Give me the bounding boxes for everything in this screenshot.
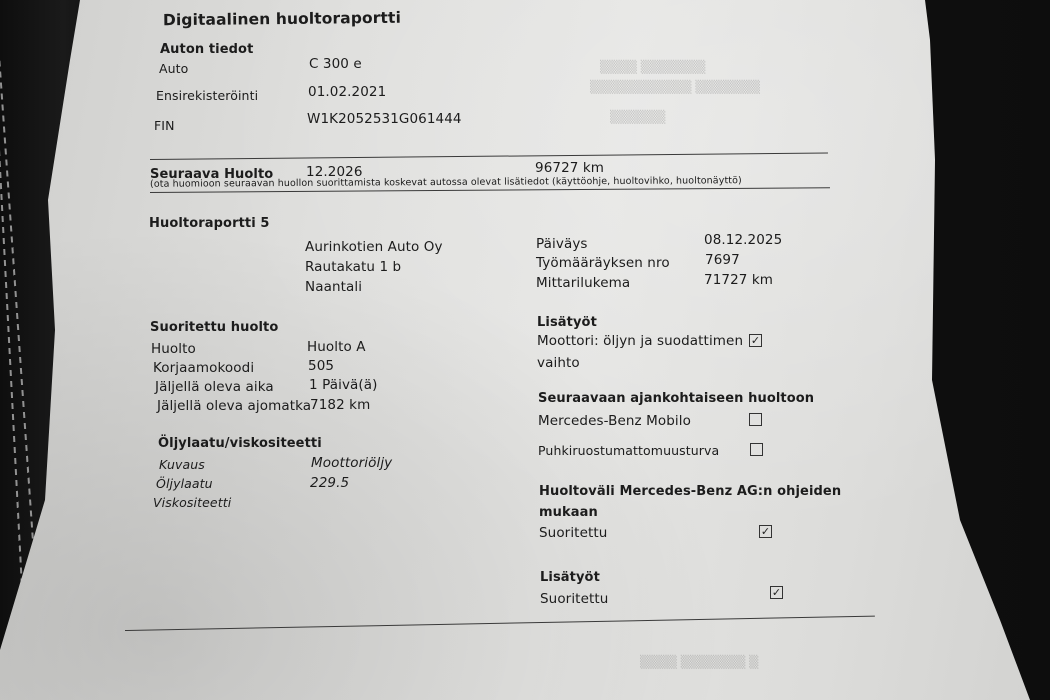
additional-work-item-cont: vaihto — [537, 355, 580, 371]
service-value: Huolto A — [307, 339, 366, 355]
car-info-heading: Auton tiedot — [160, 42, 253, 57]
next-current-service-heading: Seuraavaan ajankohtaiseen huoltoon — [538, 391, 814, 406]
document-title: Digitaalinen huoltoraportti — [163, 9, 401, 29]
workshop-city: Naantali — [305, 279, 362, 295]
remaining-distance-label: Jäljellä oleva ajomatka — [157, 398, 311, 414]
bleed-through-text: ▒▒▒▒ ▒▒▒▒▒▒▒ — [600, 60, 705, 74]
interval-done-label: Suoritettu — [539, 525, 607, 541]
date-value: 08.12.2025 — [704, 232, 782, 248]
fin-value: W1K2052531G061444 — [307, 111, 462, 127]
oil-heading: Öljylaatu/viskositeetti — [158, 436, 322, 451]
oil-quality-value: 229.5 — [310, 475, 349, 491]
oil-description-label: Kuvaus — [159, 457, 205, 472]
bleed-through-text: ▒▒▒▒ ▒▒▒▒▒▒▒ ▒ — [640, 655, 758, 669]
additional-work-heading: Lisätyöt — [537, 315, 597, 330]
oil-quality-label: Öljylaatu — [156, 476, 213, 491]
workshop-code-value: 505 — [308, 358, 334, 374]
report-heading: Huoltoraportti 5 — [149, 216, 270, 231]
additional-work-done-label: Suoritettu — [540, 591, 608, 607]
mobilo-label: Mercedes-Benz Mobilo — [538, 413, 691, 429]
additional-work-done-heading: Lisätyöt — [540, 570, 600, 585]
mobilo-checkbox[interactable] — [749, 413, 762, 426]
rust-warranty-label: Puhkiruostumattomuusturva — [538, 443, 719, 458]
interval-done-checkbox[interactable]: ✓ — [759, 525, 772, 538]
workshop-code-label: Korjaamokoodi — [153, 360, 254, 376]
work-order-value: 7697 — [705, 252, 740, 268]
next-service-mileage: 96727 km — [535, 160, 604, 176]
interval-heading-cont: mukaan — [539, 505, 598, 520]
completed-service-heading: Suoritettu huolto — [150, 320, 278, 335]
workshop-street: Rautakatu 1 b — [305, 259, 401, 275]
odometer-value: 71727 km — [704, 272, 773, 288]
first-registration-label: Ensirekisteröinti — [156, 88, 258, 103]
date-label: Päiväys — [536, 236, 588, 252]
oil-description-value: Moottoriöljy — [311, 455, 392, 471]
viscosity-label: Viskositeetti — [153, 495, 231, 510]
rust-warranty-checkbox[interactable] — [750, 443, 763, 456]
fin-label: FIN — [154, 118, 175, 133]
additional-work-item: Moottori: öljyn ja suodattimen — [537, 333, 743, 349]
remaining-time-label: Jäljellä oleva aika — [155, 379, 274, 395]
oil-filter-checkbox[interactable]: ✓ — [749, 334, 762, 347]
checkmark-icon: ✓ — [761, 525, 770, 538]
first-registration-value: 01.02.2021 — [308, 84, 386, 100]
additional-work-done-checkbox[interactable]: ✓ — [770, 586, 783, 599]
service-label: Huolto — [151, 341, 196, 357]
car-label: Auto — [159, 61, 188, 76]
work-order-label: Työmääräyksen nro — [536, 255, 670, 271]
remaining-distance-value: 7182 km — [310, 397, 370, 413]
bleed-through-text: ▒▒▒▒▒▒ — [610, 110, 665, 124]
checkmark-icon: ✓ — [751, 334, 760, 347]
interval-heading: Huoltoväli Mercedes-Benz AG:n ohjeiden — [539, 484, 841, 499]
odometer-label: Mittarilukema — [536, 275, 630, 291]
bleed-through-text: ▒▒▒▒▒▒▒▒▒▒▒ ▒▒▒▒▒▒▒ — [590, 80, 760, 94]
checkmark-icon: ✓ — [772, 586, 781, 599]
remaining-time-value: 1 Päivä(ä) — [309, 377, 378, 393]
workshop-name: Aurinkotien Auto Oy — [305, 239, 443, 255]
car-value: C 300 e — [309, 56, 362, 72]
